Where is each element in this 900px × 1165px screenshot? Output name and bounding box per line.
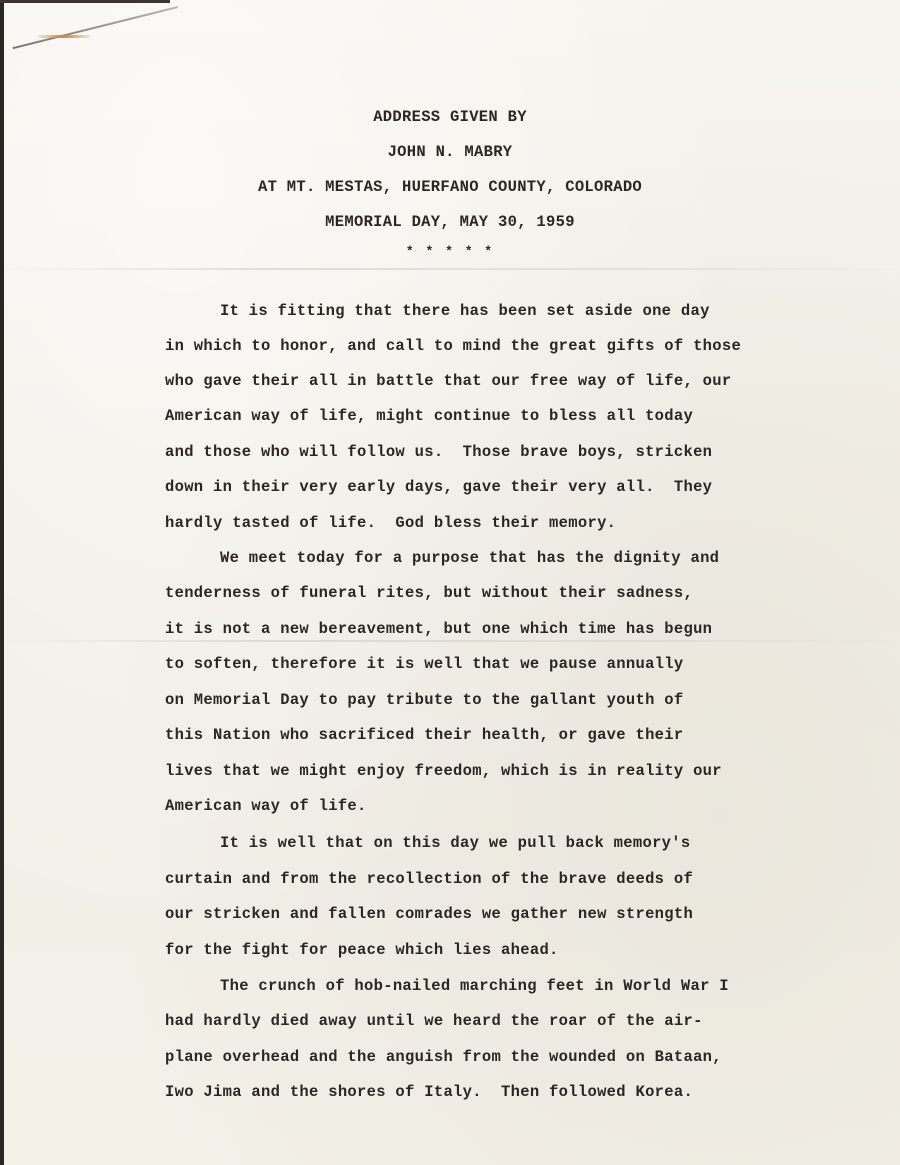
typewritten-page: ADDRESS GIVEN BY JOHN N. MABRY AT MT. ME… — [0, 0, 900, 1165]
paragraph-1-line: hardly tasted of life. God bless their m… — [165, 514, 616, 532]
paragraph-3-line: It is well that on this day we pull back… — [220, 834, 690, 852]
paragraph-2-line: it is not a new bereavement, but one whi… — [165, 620, 712, 638]
paragraph-2-line: tenderness of funeral rites, but without… — [165, 584, 693, 602]
paragraph-2-line: lives that we might enjoy freedom, which… — [165, 762, 722, 780]
staple-mark — [38, 35, 90, 38]
corner-crease — [13, 6, 178, 49]
paragraph-1-line: down in their very early days, gave thei… — [165, 478, 712, 496]
paragraph-2-line: on Memorial Day to pay tribute to the ga… — [165, 691, 683, 709]
heading-separator: * * * * * — [0, 244, 900, 259]
paragraph-2-line: We meet today for a purpose that has the… — [220, 549, 719, 567]
paper-fold-line — [0, 640, 900, 642]
paragraph-3-line: for the fight for peace which lies ahead… — [165, 941, 559, 959]
paragraph-4-line: Iwo Jima and the shores of Italy. Then f… — [165, 1083, 693, 1101]
paragraph-2-line: this Nation who sacrificed their health,… — [165, 726, 683, 744]
paragraph-4-line: The crunch of hob-nailed marching feet i… — [220, 977, 729, 995]
heading-location: AT MT. MESTAS, HUERFANO COUNTY, COLORADO — [0, 178, 900, 196]
heading-date: MEMORIAL DAY, MAY 30, 1959 — [0, 213, 900, 231]
paragraph-1-line: and those who will follow us. Those brav… — [165, 443, 712, 461]
paragraph-1-line: It is fitting that there has been set as… — [220, 302, 710, 320]
paragraph-4-line: had hardly died away until we heard the … — [165, 1012, 703, 1030]
paragraph-2-line: American way of life. — [165, 797, 367, 815]
heading-title: ADDRESS GIVEN BY — [0, 108, 900, 126]
scan-left-edge — [0, 0, 4, 1165]
paragraph-1-line: in which to honor, and call to mind the … — [165, 337, 741, 355]
paragraph-4-line: plane overhead and the anguish from the … — [165, 1048, 722, 1066]
paragraph-1-line: who gave their all in battle that our fr… — [165, 372, 732, 390]
paragraph-3-line: curtain and from the recollection of the… — [165, 870, 693, 888]
paragraph-3-line: our stricken and fallen comrades we gath… — [165, 905, 693, 923]
heading-author: JOHN N. MABRY — [0, 143, 900, 161]
paragraph-2-line: to soften, therefore it is well that we … — [165, 655, 683, 673]
scan-top-edge — [0, 0, 170, 3]
paper-fold-line — [0, 268, 900, 270]
paragraph-1-line: American way of life, might continue to … — [165, 407, 693, 425]
